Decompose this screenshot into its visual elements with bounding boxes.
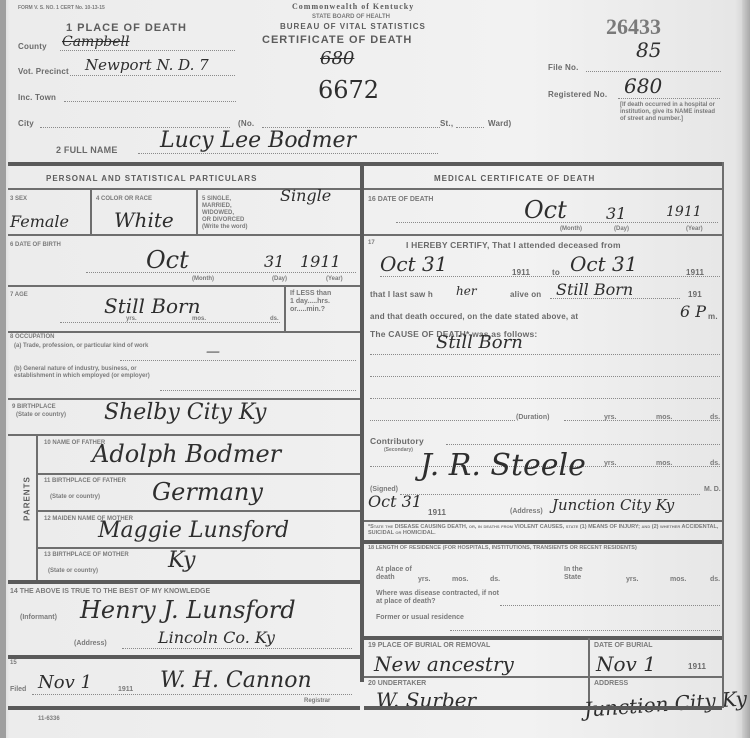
informant-address-value: Lincoln Co. Ky <box>158 628 275 647</box>
street-no-label: (No. <box>238 119 254 128</box>
at-place-ds: ds. <box>490 576 500 584</box>
where-contracted-label: Where was disease contracted, if not at … <box>376 590 506 606</box>
full-name-label: 2 FULL NAME <box>56 145 118 155</box>
age-label: 7 AGE <box>10 292 28 299</box>
year-caption: (Year) <box>326 276 343 283</box>
filed-date: Nov 1 <box>38 672 92 693</box>
duration-label: (Duration) <box>516 414 549 422</box>
color-race-value: White <box>114 208 174 232</box>
birthplace-label: 9 BIRTHPLACE <box>12 404 56 411</box>
attended-to-year: 1911 <box>686 268 704 277</box>
informant-address-label: (Address) <box>74 640 107 648</box>
dob-label: 6 DATE OF BIRTH <box>10 242 61 249</box>
st-label: St., <box>440 119 453 128</box>
burial-date-value: Nov 1 <box>596 652 656 676</box>
signed-year: 1911 <box>428 508 446 517</box>
secondary-caption: (Secondary) <box>384 448 413 454</box>
dod-month: Oct <box>524 196 567 224</box>
attended-from-year: 1911 <box>512 268 530 277</box>
mother-birthplace-label: 13 BIRTHPLACE OF MOTHER <box>44 552 144 559</box>
birthplace-caption: (State or country) <box>16 412 66 419</box>
secondary-mos: mos. <box>656 460 672 468</box>
dob-month: Oct <box>146 246 189 274</box>
informant-value: Henry J. Lunsford <box>80 596 296 624</box>
full-name-value: Lucy Lee Bodmer <box>160 128 356 153</box>
occupation-label: 8 OCCUPATION <box>10 334 54 341</box>
vot-precinct-value: Newport N. D. 7 <box>85 56 209 74</box>
undertaker-label: 20 UNDERTAKER <box>368 680 426 688</box>
last-saw-value: her <box>456 284 477 298</box>
duration-mos: mos. <box>656 414 672 422</box>
certify-number: 17 <box>368 240 375 247</box>
dod-day-caption: (Day) <box>614 226 629 233</box>
commonwealth-label: Commonwealth of Kentucky <box>292 2 414 11</box>
father-birthplace-label: 11 BIRTHPLACE OF FATHER <box>44 478 144 485</box>
death-time: 6 P <box>680 302 706 321</box>
dod-year-caption: (Year) <box>686 226 703 233</box>
place-of-death-heading: 1 PLACE OF DEATH <box>66 22 187 34</box>
physician-signature: J. R. Steele <box>420 448 586 483</box>
at-place-mos: mos. <box>452 576 468 584</box>
file-no-value: 85 <box>636 38 661 62</box>
mother-birthplace-value: Ky <box>168 548 195 573</box>
cause-value: Still Born <box>436 332 523 353</box>
in-state-ds: ds. <box>710 576 720 584</box>
county-value: Campbell <box>62 34 130 50</box>
burial-date-year: 1911 <box>688 662 706 671</box>
physician-address-value: Junction City Ky <box>552 496 674 514</box>
burial-place-value: New ancestry <box>374 652 514 676</box>
less-than-day-field: If LESS than 1 day.....hrs. or.....min.? <box>290 290 331 314</box>
certify-text: I HEREBY CERTIFY, That I attended deceas… <box>406 240 621 250</box>
dod-label: 16 DATE OF DEATH <box>368 196 433 204</box>
filed-number: 15 <box>10 660 17 667</box>
personal-section-title: PERSONAL AND STATISTICAL PARTICULARS <box>46 174 257 183</box>
month-caption: (Month) <box>192 276 214 283</box>
dod-day: 31 <box>606 204 626 223</box>
duration-yrs: yrs. <box>604 414 616 422</box>
stamp-number: 26433 <box>606 14 661 40</box>
occupation-a-label: (a) Trade, profession, or particular kin… <box>14 343 164 350</box>
sex-label: 3 SEX <box>10 196 27 203</box>
registered-no-value: 680 <box>624 74 662 98</box>
signed-date: Oct 31 <box>368 492 422 511</box>
to-label: to <box>552 268 560 277</box>
contributory-label: Contributory <box>370 436 424 446</box>
burial-place-label: 19 PLACE OF BURIAL OR REMOVAL <box>368 642 490 650</box>
file-no-label: File No. <box>548 63 579 72</box>
md-label: M. D. <box>704 486 721 494</box>
day-caption: (Day) <box>272 276 287 283</box>
alive-on-text: alive on <box>510 290 541 299</box>
form-code: FORM V. S. NO. 1 CERT No. 10-13-15 <box>18 6 105 12</box>
sex-value: Female <box>10 212 69 231</box>
in-state-label: In the State <box>564 566 594 582</box>
secondary-yrs: yrs. <box>604 460 616 468</box>
inc-town-label: Inc. Town <box>18 93 56 102</box>
birthplace-value: Shelby City Ky <box>104 400 266 425</box>
dod-year: 1911 <box>666 204 702 220</box>
mother-maiden-value: Maggie Lunsford <box>98 518 289 543</box>
dob-year: 1911 <box>300 252 341 271</box>
last-saw-text: that I last saw h <box>370 290 433 299</box>
residence-heading: 18 LENGTH OF RESIDENCE (FOR HOSPITALS, I… <box>368 545 722 551</box>
county-label: County <box>18 42 47 51</box>
board-label: STATE BOARD OF HEALTH <box>312 14 390 21</box>
alive-on-year: 191 <box>688 290 702 299</box>
marital-status-value: Single <box>280 186 331 205</box>
certificate-title: CERTIFICATE OF DEATH <box>262 34 412 46</box>
physician-address-label: (Address) <box>510 508 543 516</box>
form-number: 11-6336 <box>38 716 60 723</box>
color-race-label: 4 COLOR OR RACE <box>96 196 152 203</box>
vot-precinct-label: Vot. Precinct <box>18 67 69 76</box>
attended-from: Oct 31 <box>380 252 447 276</box>
marital-status-label: 5 SINGLE, MARRIED, WIDOWED, OR DIVORCED … <box>202 196 248 230</box>
occupation-value: — <box>206 344 220 360</box>
informant-heading: 14 THE ABOVE IS TRUE TO THE BEST OF MY K… <box>10 588 210 596</box>
registrar-label: Registrar <box>304 698 330 705</box>
scan-edge-left <box>0 0 6 738</box>
attended-to: Oct 31 <box>570 252 637 276</box>
handwritten-number: 6672 <box>318 76 379 104</box>
alive-on-value: Still Born <box>556 280 633 299</box>
registrar-value: W. H. Cannon <box>160 668 312 693</box>
cause-footnote: *State the DISEASE CAUSING DEATH, or, in… <box>368 524 722 537</box>
filed-label: Filed <box>10 686 26 694</box>
death-certificate-scan: FORM V. S. NO. 1 CERT No. 10-13-15 1 PLA… <box>0 0 750 738</box>
scan-edge-right <box>742 0 750 738</box>
father-birthplace-caption: (State or country) <box>50 494 100 501</box>
dob-day: 31 <box>264 252 284 271</box>
age-value: Still Born <box>104 294 200 318</box>
ds-caption: ds. <box>270 316 279 323</box>
former-residence-label: Former or usual residence <box>376 614 466 622</box>
parents-label: PARENTS <box>23 464 32 534</box>
in-state-mos: mos. <box>670 576 686 584</box>
bureau-label: BUREAU OF VITAL STATISTICS <box>280 22 426 31</box>
city-label: City <box>18 119 34 128</box>
father-name-value: Adolph Bodmer <box>92 440 281 468</box>
secondary-ds: ds. <box>710 460 720 468</box>
in-state-yrs: yrs. <box>626 576 638 584</box>
medical-section-title: MEDICAL CERTIFICATE OF DEATH <box>434 174 595 183</box>
duration-ds: ds. <box>710 414 720 422</box>
institution-note: [If death occurred in a hospital or inst… <box>620 102 720 123</box>
filed-year: 1911 <box>118 686 133 694</box>
dod-month-caption: (Month) <box>560 226 582 233</box>
mother-birthplace-caption: (State or country) <box>48 568 98 575</box>
occupation-b-label: (b) General nature of industry, business… <box>14 366 164 380</box>
ward-label: Ward) <box>488 119 511 128</box>
struck-number: 680 <box>320 48 354 69</box>
mos-caption: mos. <box>192 316 206 323</box>
registered-no-label: Registered No. <box>548 90 607 99</box>
burial-date-label: DATE OF BURIAL <box>594 642 653 650</box>
undertaker-address-label: ADDRESS <box>594 680 628 688</box>
at-place-yrs: yrs. <box>418 576 430 584</box>
death-occurred-text: and that death occured, on the date stat… <box>370 312 578 321</box>
m-suffix: m. <box>708 312 718 321</box>
yrs-caption: yrs. <box>126 316 137 323</box>
father-birthplace-value: Germany <box>152 478 263 506</box>
at-place-label: At place of death <box>376 566 416 582</box>
informant-label: (Informant) <box>20 614 57 622</box>
